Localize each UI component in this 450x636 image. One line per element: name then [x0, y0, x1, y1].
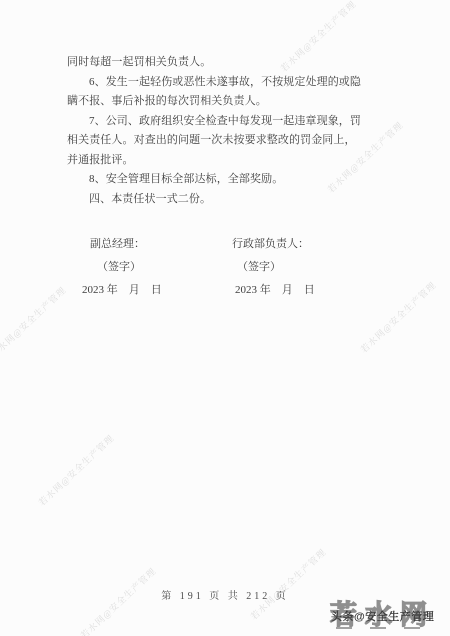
watermark: 若水网@安全生产管理	[357, 278, 438, 355]
body-line: 8、安全管理目标全部达标，全部奖励。	[67, 170, 387, 190]
body-line: 并通报批评。	[67, 151, 387, 171]
watermark: 若水网@安全生产管理	[35, 431, 116, 508]
watermark: 若水网@安全生产管理	[0, 283, 69, 360]
document-page: 若水网@安全生产管理 若水网@安全生产管理 若水网@安全生产管理 若水网@安全生…	[0, 0, 450, 636]
signature-date: 2023 年 月 日	[232, 279, 315, 302]
signature-right-column: 行政部负责人： （签字） 2023 年 月 日	[232, 233, 315, 302]
body-line: 6、发生一起轻伤或恶性未遂事故，不按规定处理的或隐	[67, 73, 387, 93]
signature-date: 2023 年 月 日	[82, 279, 162, 302]
signature-placeholder: （签字）	[82, 256, 162, 279]
document-body: 同时每超一起罚相关负责人。 6、发生一起轻伤或恶性未遂事故，不按规定处理的或隐 …	[67, 53, 387, 209]
body-line: 同时每超一起罚相关负责人。	[67, 53, 387, 73]
logo-underline-dashes	[336, 627, 420, 629]
signer-role-label: 副总经理：	[82, 233, 162, 256]
body-line: 相关责任人。对查出的问题一次未按要求整改的罚金同上，	[67, 131, 387, 151]
body-line: 四、本责任状一式二份。	[67, 190, 387, 210]
signer-role-label: 行政部负责人：	[232, 233, 315, 256]
body-line: 7、公司、政府组织安全检查中每发现一起违章现象，罚	[67, 112, 387, 132]
watermark: 若水网@安全生产管理	[247, 545, 328, 622]
body-line: 瞒不报、事后补报的每次罚相关负责人。	[67, 92, 387, 112]
signature-left-column: 副总经理： （签字） 2023 年 月 日	[82, 233, 162, 302]
logo-overlay-text: 头条@安全生产管理	[331, 608, 449, 624]
signature-placeholder: （签字）	[232, 256, 315, 279]
site-logo: 若水网 头条@安全生产管理	[330, 593, 448, 633]
